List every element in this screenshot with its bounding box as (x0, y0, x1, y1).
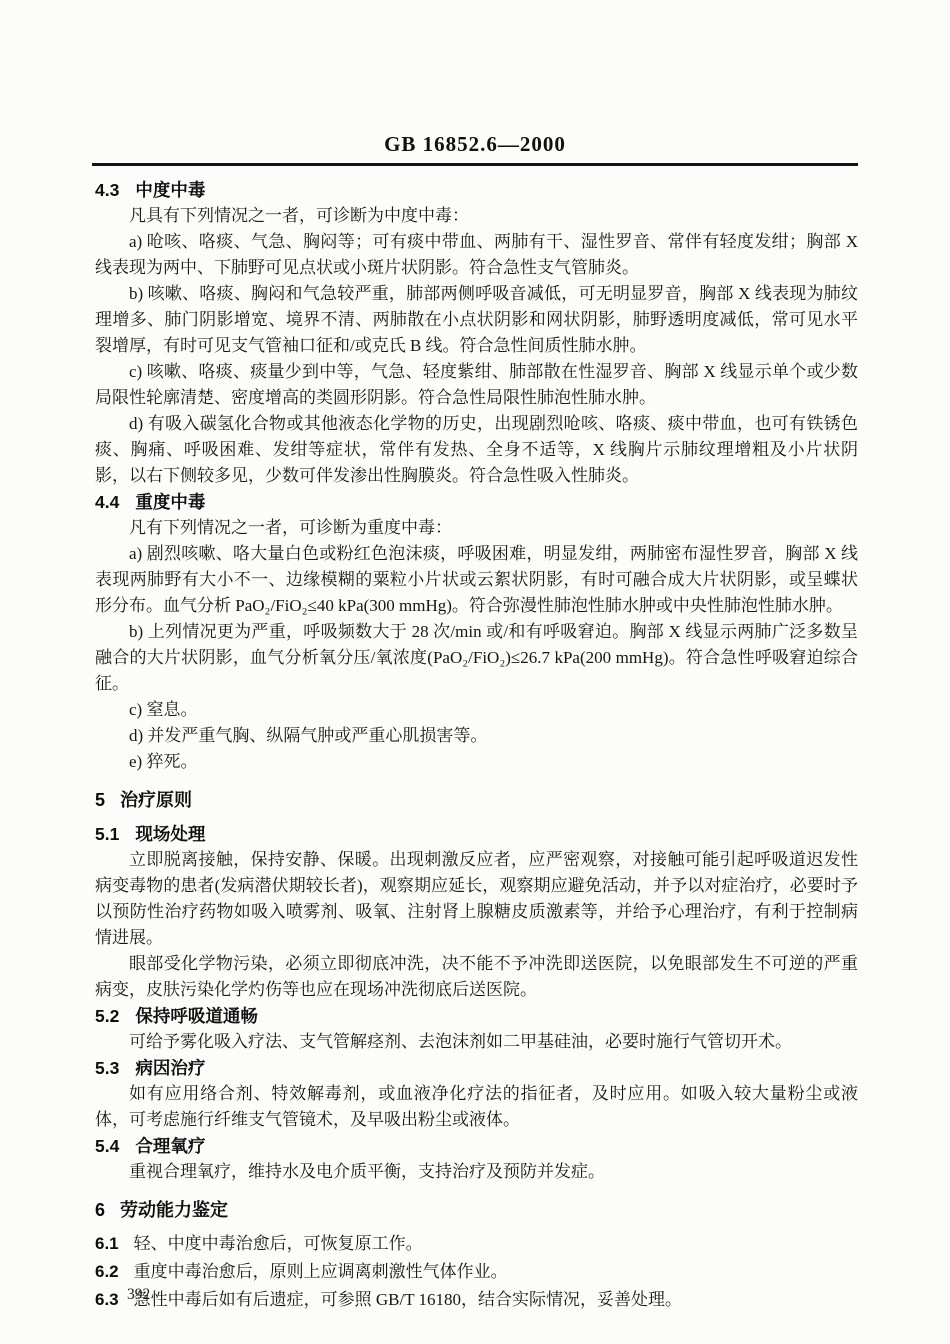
body-paragraph: e) 猝死。 (95, 749, 858, 775)
block-text: 劳动能力鉴定 (120, 1200, 228, 1220)
clause-heading: 5.4合理氧疗 (95, 1133, 858, 1159)
block-text: 病因治疗 (135, 1058, 205, 1078)
body-paragraph: b) 咳嗽、咯痰、胸闷和气急较严重，肺部两侧呼吸音减低，可无明显罗音，胸部 X … (95, 281, 858, 359)
page-header: GB 16852.6—2000 (0, 132, 950, 157)
block-number: 5.3 (95, 1058, 119, 1078)
block-text: 保持呼吸道通畅 (135, 1006, 258, 1026)
block-text: 治疗原则 (120, 790, 192, 810)
body-paragraph: c) 窒息。 (95, 697, 858, 723)
block-number: 5.4 (95, 1136, 119, 1156)
block-number: 4.3 (95, 180, 119, 200)
chapter-heading: 5治疗原则 (95, 787, 858, 813)
clause-heading: 5.1现场处理 (95, 821, 858, 847)
block-text: 合理氧疗 (135, 1136, 205, 1156)
clause-heading: 5.2保持呼吸道通畅 (95, 1003, 858, 1029)
clause-heading: 5.3病因治疗 (95, 1055, 858, 1081)
body-paragraph: c) 咳嗽、咯痰、痰量少到中等，气急、轻度紫绀、肺部散在性湿罗音、胸部 X 线显… (95, 359, 858, 411)
body-paragraph: 凡有下列情况之一者，可诊断为重度中毒： (95, 515, 858, 541)
block-text: 重度中毒 (135, 492, 205, 512)
block-number: 6 (95, 1200, 105, 1220)
numbered-item: 6.2重度中毒治愈后，原则上应调离刺激性气体作业。 (95, 1259, 858, 1285)
body-paragraph: 重视合理氧疗，维持水及电介质平衡，支持治疗及预防并发症。 (95, 1159, 858, 1185)
body-paragraph: a) 呛咳、咯痰、气急、胸闷等；可有痰中带血、两肺有干、湿性罗音、常伴有轻度发绀… (95, 229, 858, 281)
block-number: 6.1 (95, 1234, 119, 1253)
body-paragraph: d) 有吸入碳氢化合物或其他液态化学物的历史，出现剧烈呛咳、咯痰、痰中带血，也可… (95, 411, 858, 489)
numbered-item: 6.1轻、中度中毒治愈后，可恢复原工作。 (95, 1231, 858, 1257)
page-number: 392 (127, 1286, 150, 1304)
block-text: 轻、中度中毒治愈后，可恢复原工作。 (134, 1234, 423, 1253)
block-text: 中度中毒 (135, 180, 205, 200)
body-paragraph: 立即脱离接触，保持安静、保暖。出现刺激反应者，应严密观察，对接触可能引起呼吸道迟… (95, 847, 858, 951)
body-paragraph: 如有应用络合剂、特效解毒剂，或血液净化疗法的指征者，及时应用。如吸入较大量粉尘或… (95, 1081, 858, 1133)
block-number: 6.3 (95, 1290, 119, 1309)
document-body: 4.3中度中毒凡具有下列情况之一者，可诊断为中度中毒：a) 呛咳、咯痰、气急、胸… (95, 177, 858, 1313)
document-page: GB 16852.6—2000 4.3中度中毒凡具有下列情况之一者，可诊断为中度… (0, 0, 950, 1344)
block-number: 5 (95, 790, 105, 810)
block-text: 重度中毒治愈后，原则上应调离刺激性气体作业。 (134, 1262, 508, 1281)
header-rule (92, 163, 858, 166)
body-paragraph: 可给予雾化吸入疗法、支气管解痉剂、去泡沫剂如二甲基硅油，必要时施行气管切开术。 (95, 1029, 858, 1055)
block-number: 4.4 (95, 492, 119, 512)
numbered-item: 6.3急性中毒后如有后遗症，可参照 GB/T 16180，结合实际情况，妥善处理… (95, 1287, 858, 1313)
block-number: 6.2 (95, 1262, 119, 1281)
block-number: 5.1 (95, 824, 119, 844)
clause-heading: 4.3中度中毒 (95, 177, 858, 203)
doc-number: GB 16852.6—2000 (384, 132, 566, 156)
body-paragraph: 凡具有下列情况之一者，可诊断为中度中毒： (95, 203, 858, 229)
block-text: 急性中毒后如有后遗症，可参照 GB/T 16180，结合实际情况，妥善处理。 (134, 1290, 682, 1309)
body-paragraph: d) 并发严重气胸、纵隔气肿或严重心肌损害等。 (95, 723, 858, 749)
body-paragraph: b) 上列情况更为严重，呼吸频数大于 28 次/min 或/和有呼吸窘迫。胸部 … (95, 619, 858, 697)
body-paragraph: a) 剧烈咳嗽、咯大量白色或粉红色泡沫痰，呼吸困难，明显发绀，两肺密布湿性罗音，… (95, 541, 858, 619)
block-text: 现场处理 (135, 824, 205, 844)
chapter-heading: 6劳动能力鉴定 (95, 1197, 858, 1223)
block-number: 5.2 (95, 1006, 119, 1026)
body-paragraph: 眼部受化学物污染，必须立即彻底冲洗，决不能不予冲洗即送医院，以免眼部发生不可逆的… (95, 951, 858, 1003)
clause-heading: 4.4重度中毒 (95, 489, 858, 515)
